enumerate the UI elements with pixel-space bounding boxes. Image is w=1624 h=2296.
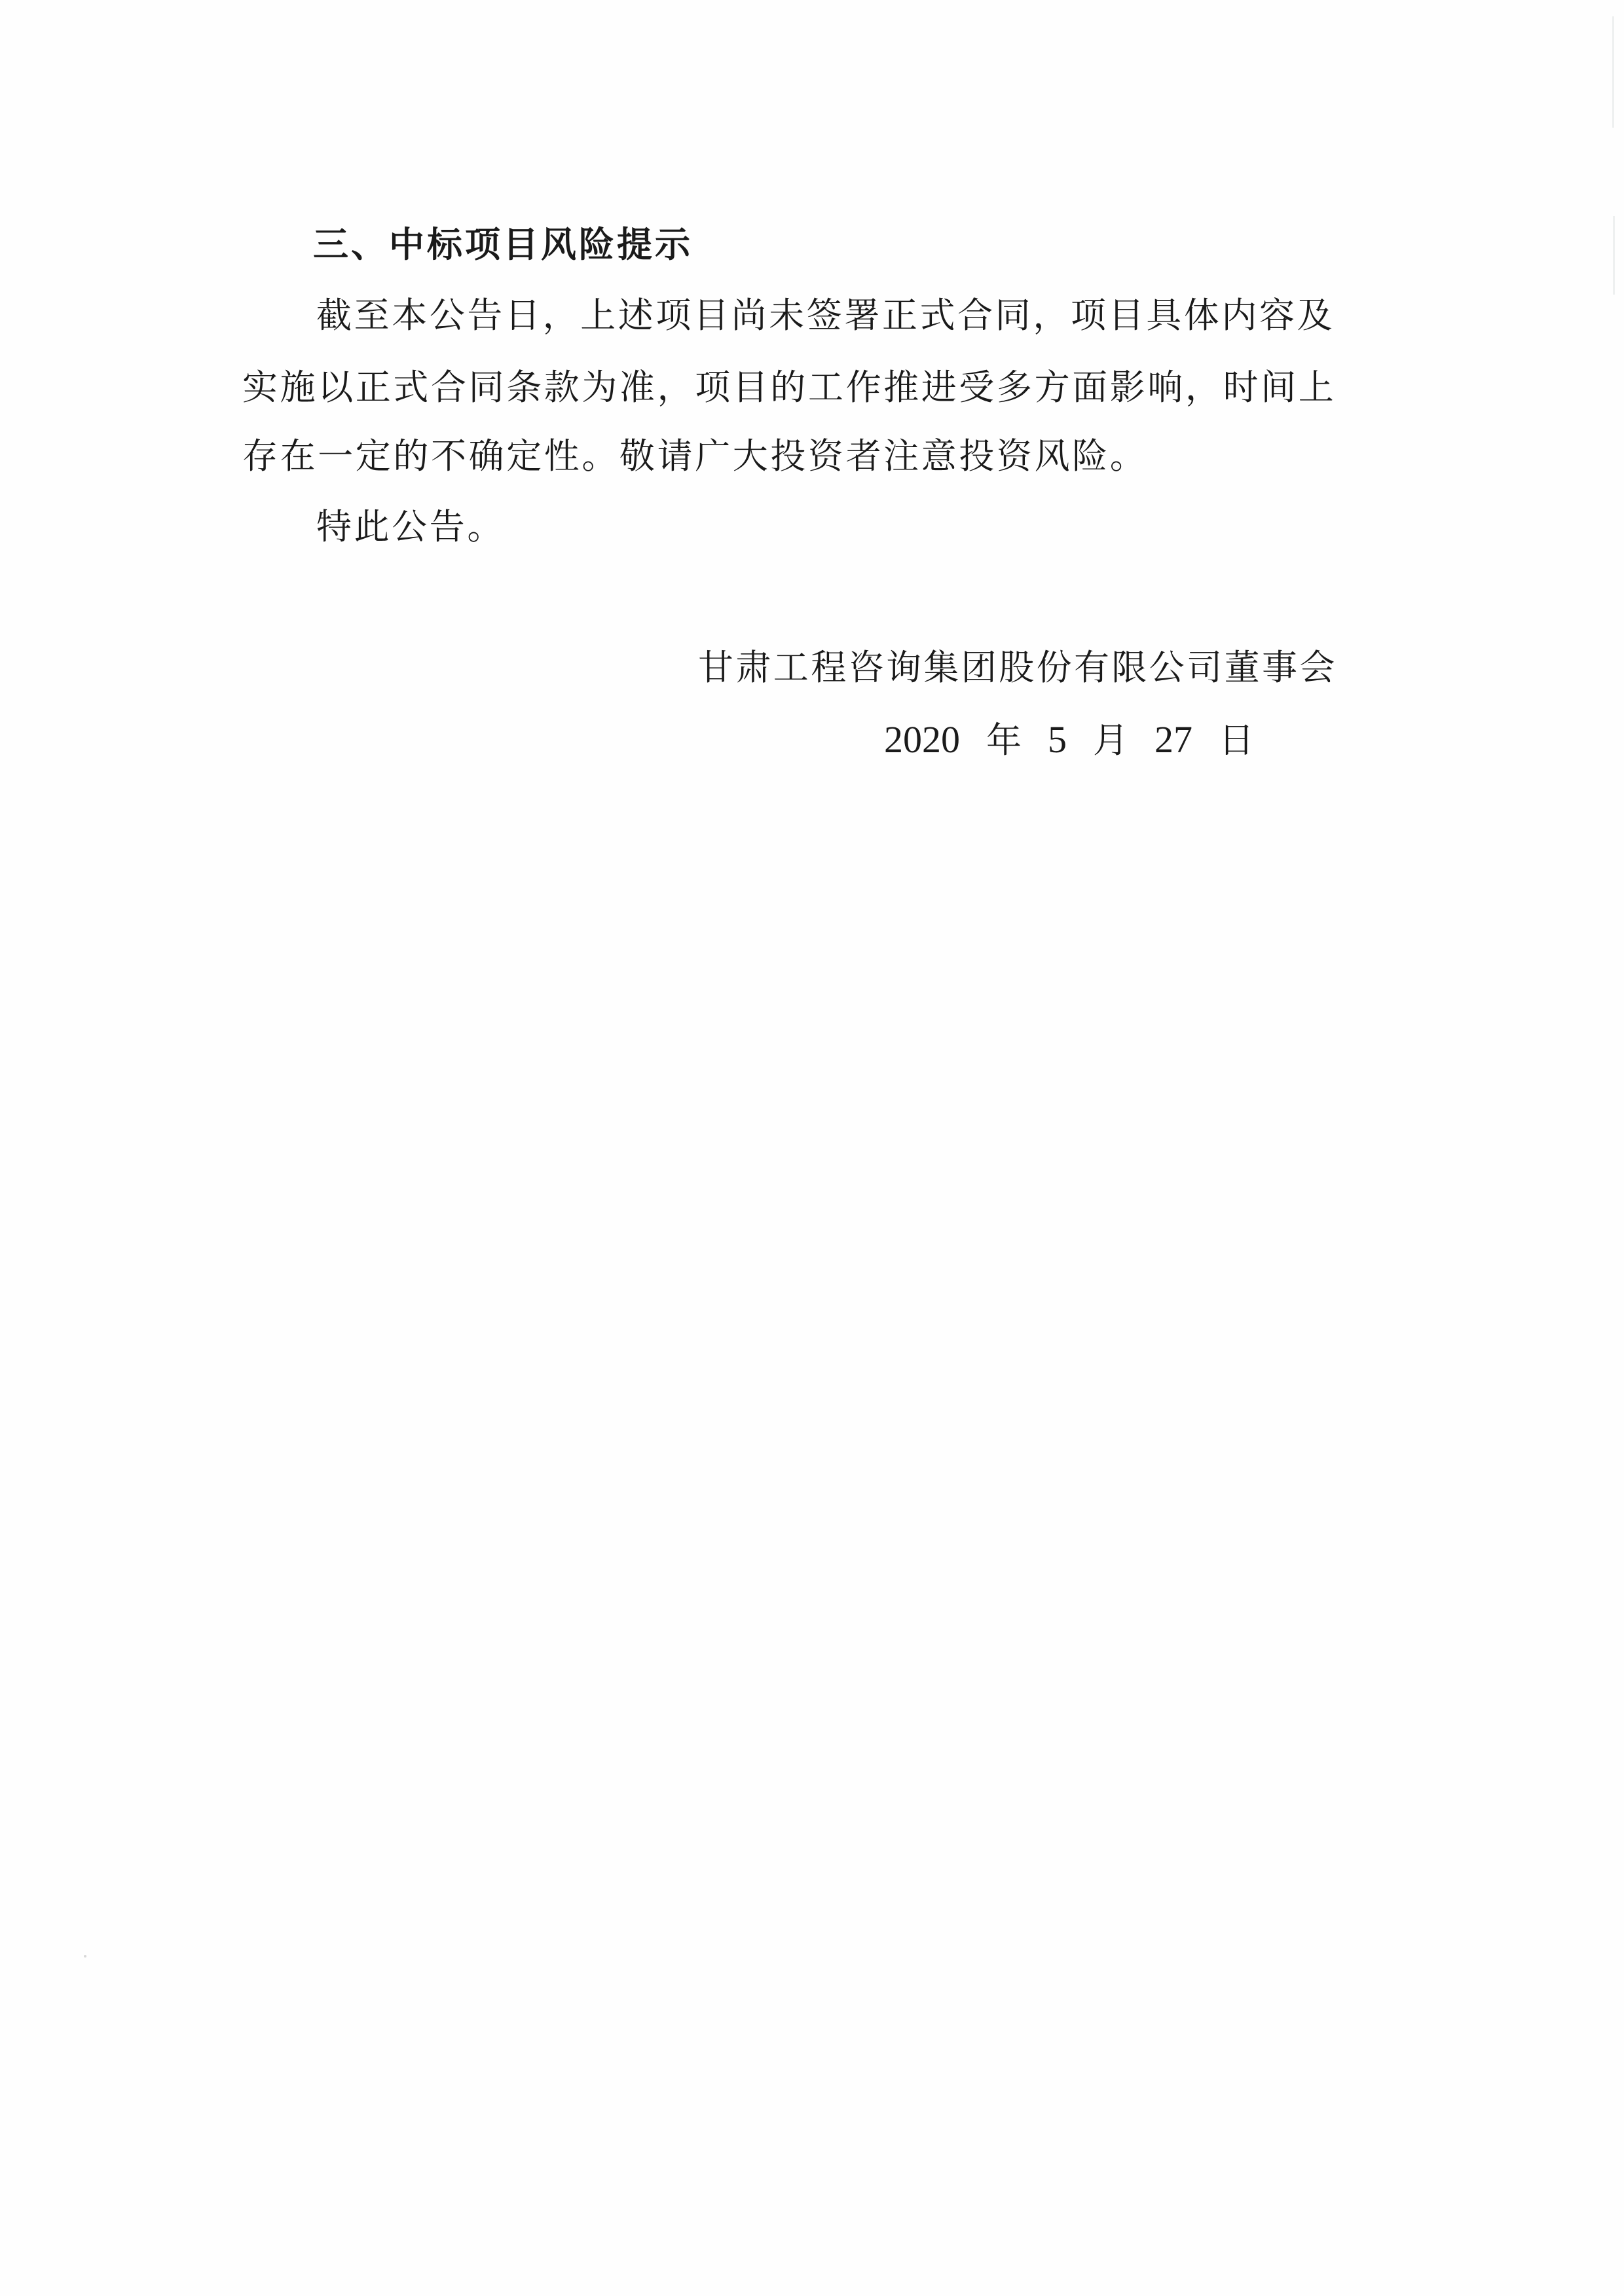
closing-statement: 特此公告。 bbox=[316, 506, 505, 548]
scan-artifact-line bbox=[1612, 16, 1614, 128]
date-year: 2020 bbox=[884, 719, 960, 761]
document-page: 三、中标项目风险提示 截至本公告日，上述项目尚未签署正式合同，项目具体内容及 实… bbox=[0, 0, 1624, 2296]
paragraph-line-3: 存在一定的不确定性。敬请广大投资者注意投资风险。 bbox=[242, 435, 1339, 477]
date-day-unit: 日 bbox=[1219, 720, 1254, 761]
section-heading: 三、中标项目风险提示 bbox=[313, 224, 693, 266]
date-month-unit: 月 bbox=[1093, 720, 1128, 761]
paragraph-line-2: 实施以正式合同条款为准，项目的工作推进受多方面影响，时间上 bbox=[242, 367, 1339, 409]
date-day: 27 bbox=[1154, 719, 1192, 761]
scan-artifact-line bbox=[1613, 216, 1615, 295]
paragraph-line-1: 截至本公告日，上述项目尚未签署正式合同，项目具体内容及 bbox=[316, 295, 1413, 337]
scan-artifact-dot bbox=[84, 1955, 86, 1958]
issuer-signature: 甘肃工程咨询集团股份有限公司董事会 bbox=[698, 647, 1337, 689]
date-year-unit: 年 bbox=[986, 720, 1022, 761]
date-month: 5 bbox=[1048, 719, 1067, 761]
signature-date: 2020年5月27日 bbox=[884, 719, 1254, 761]
